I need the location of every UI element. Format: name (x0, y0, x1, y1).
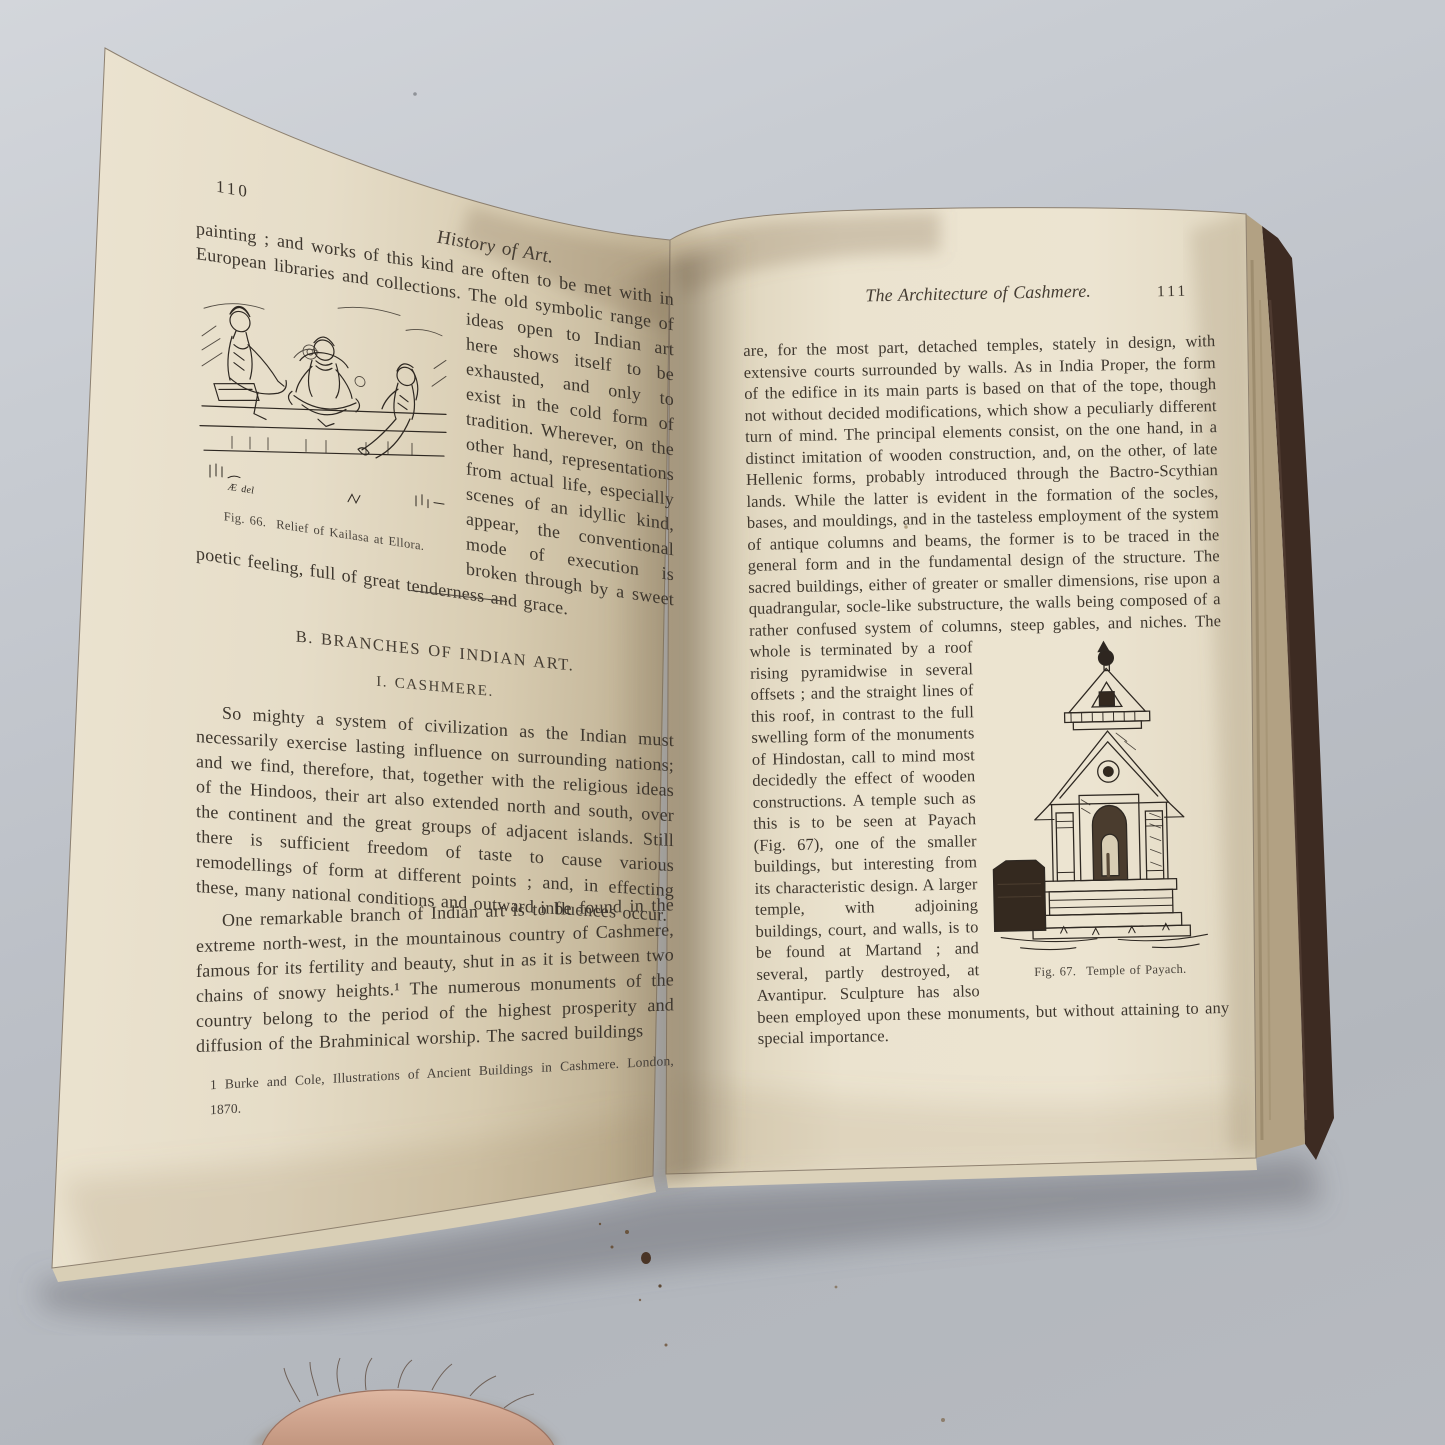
figure-66: Æ del Fig. 66.Relief of Kailasa at Ellor… (196, 270, 452, 558)
seated-figure-left (228, 305, 286, 423)
paragraph-cashmere-temples: are, for the most part, detached temples… (743, 330, 1230, 1049)
photographer-finger (250, 1358, 560, 1445)
left-page: 110 History of Art. painting ; and works… (196, 150, 674, 1123)
book-photograph-scene: 110 History of Art. painting ; and works… (0, 0, 1445, 1445)
paragraph-one-remarkable: One remarkable branch of Indian art is t… (196, 892, 674, 1059)
figure-67-caption: Fig. 67.Temple of Payach. (992, 960, 1228, 981)
relief-of-kailasa-engraving: Æ del (198, 270, 450, 534)
figure-67-title: Temple of Payach. (1086, 962, 1187, 978)
paragraph-text-wrap: The old symbolic range of ideas open to … (466, 284, 674, 597)
figure-66-label: Fig. 66. (224, 509, 266, 529)
ledge-hatching (232, 416, 412, 475)
engraver-signature: Æ del (227, 482, 254, 497)
footnote: 1 Burke and Cole, Illustrations of Ancie… (196, 1048, 674, 1123)
right-page-number: 111 (1157, 281, 1189, 303)
temple-of-payach-engraving (986, 633, 1227, 957)
paragraph-text-wide: are, for the most part, detached temples… (743, 331, 1221, 639)
paragraph-indian-art: painting ; and works of this kind are of… (196, 216, 674, 637)
figure-67: Fig. 67.Temple of Payach. (985, 633, 1228, 981)
seated-figure-center (289, 332, 360, 432)
figure-67-label: Fig. 67. (1034, 964, 1076, 979)
right-page: The Architecture of Cashmere. 111 are, f… (742, 278, 1230, 1049)
